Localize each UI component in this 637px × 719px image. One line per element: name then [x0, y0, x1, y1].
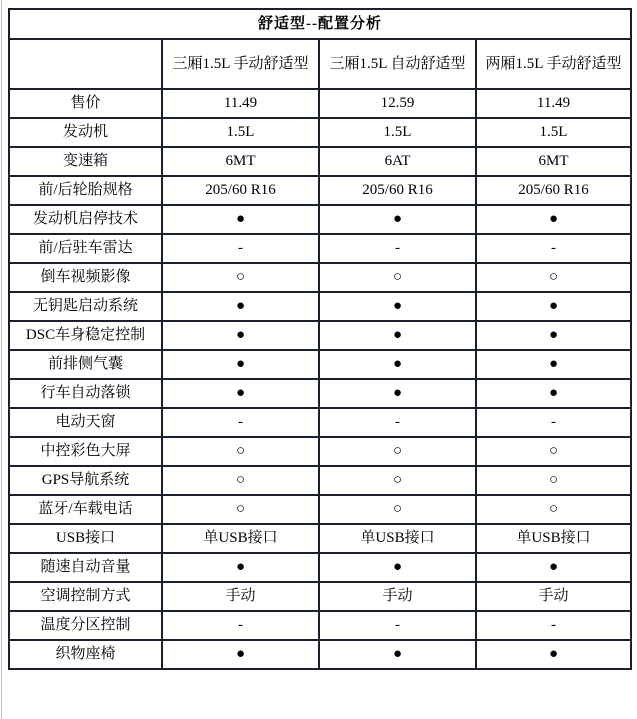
cell-value: ● [476, 640, 631, 669]
cell-value: ● [319, 292, 476, 321]
table-row: 蓝牙/车载电话○○○ [9, 495, 631, 524]
table-row: 前排侧气囊●●● [9, 350, 631, 379]
cell-value: - [476, 234, 631, 263]
cell-value: - [319, 234, 476, 263]
row-label: 织物座椅 [9, 640, 162, 669]
cell-value: 1.5L [162, 118, 319, 147]
cell-value: ○ [476, 437, 631, 466]
table-row: 温度分区控制--- [9, 611, 631, 640]
cell-value: - [162, 408, 319, 437]
cell-value: ○ [162, 263, 319, 292]
row-label: 售价 [9, 89, 162, 118]
cell-value: 205/60 R16 [162, 176, 319, 205]
cell-value: ● [319, 379, 476, 408]
cell-value: 单USB接口 [162, 524, 319, 553]
row-label: 电动天窗 [9, 408, 162, 437]
cell-value: 1.5L [319, 118, 476, 147]
table-row: USB接口单USB接口单USB接口单USB接口 [9, 524, 631, 553]
cell-value: 11.49 [476, 89, 631, 118]
cell-value: 手动 [162, 582, 319, 611]
table-row: 织物座椅●●● [9, 640, 631, 669]
row-label: 发动机启停技术 [9, 205, 162, 234]
row-label: 空调控制方式 [9, 582, 162, 611]
table-row: 无钥匙启动系统●●● [9, 292, 631, 321]
page: 舒适型--配置分析 三厢1.5L 手动舒适型 三厢1.5L 自动舒适型 两厢1.… [8, 8, 632, 670]
row-label: 前/后驻车雷达 [9, 234, 162, 263]
cell-value: ○ [476, 495, 631, 524]
column-header-trim2: 三厢1.5L 自动舒适型 [319, 39, 476, 89]
cell-value: ● [319, 321, 476, 350]
table-row: 行车自动落锁●●● [9, 379, 631, 408]
cell-value: - [162, 611, 319, 640]
cell-value: - [476, 611, 631, 640]
cell-value: - [319, 611, 476, 640]
cell-value: 6MT [476, 147, 631, 176]
table-row: 发动机启停技术●●● [9, 205, 631, 234]
row-label: 前/后轮胎规格 [9, 176, 162, 205]
cell-value: ● [319, 205, 476, 234]
table-row: GPS导航系统○○○ [9, 466, 631, 495]
cell-value: 6AT [319, 147, 476, 176]
cell-value: ● [476, 553, 631, 582]
cell-value: 手动 [319, 582, 476, 611]
cell-value: ● [162, 640, 319, 669]
table-row: 倒车视频影像○○○ [9, 263, 631, 292]
table-row: 随速自动音量●●● [9, 553, 631, 582]
table-row: 变速箱6MT6AT6MT [9, 147, 631, 176]
row-label: GPS导航系统 [9, 466, 162, 495]
table-title-row: 舒适型--配置分析 [9, 9, 631, 39]
row-label: DSC车身稳定控制 [9, 321, 162, 350]
row-label: 行车自动落锁 [9, 379, 162, 408]
cell-value: ● [476, 379, 631, 408]
table-row: 中控彩色大屏○○○ [9, 437, 631, 466]
table-row: 前/后驻车雷达--- [9, 234, 631, 263]
cell-value: ● [476, 292, 631, 321]
table-body: 舒适型--配置分析 三厢1.5L 手动舒适型 三厢1.5L 自动舒适型 两厢1.… [9, 9, 631, 669]
cell-value: ○ [319, 495, 476, 524]
cell-value: 12.59 [319, 89, 476, 118]
cell-value: ○ [319, 437, 476, 466]
cell-value: ● [476, 350, 631, 379]
table-header-row: 三厢1.5L 手动舒适型 三厢1.5L 自动舒适型 两厢1.5L 手动舒适型 [9, 39, 631, 89]
cell-value: ○ [162, 495, 319, 524]
table-title: 舒适型--配置分析 [9, 9, 631, 39]
cell-value: 6MT [162, 147, 319, 176]
table-row: DSC车身稳定控制●●● [9, 321, 631, 350]
row-label: 倒车视频影像 [9, 263, 162, 292]
cell-value: ● [319, 553, 476, 582]
cell-value: ● [162, 350, 319, 379]
row-label: 中控彩色大屏 [9, 437, 162, 466]
row-label: 随速自动音量 [9, 553, 162, 582]
cell-value: ○ [162, 466, 319, 495]
column-header-trim1: 三厢1.5L 手动舒适型 [162, 39, 319, 89]
row-label: 前排侧气囊 [9, 350, 162, 379]
cell-value: ○ [319, 466, 476, 495]
cell-value: ● [162, 292, 319, 321]
table-row: 发动机1.5L1.5L1.5L [9, 118, 631, 147]
cell-value: - [319, 408, 476, 437]
table-row: 售价11.4912.5911.49 [9, 89, 631, 118]
table-row: 前/后轮胎规格205/60 R16205/60 R16205/60 R16 [9, 176, 631, 205]
cell-value: ○ [162, 437, 319, 466]
row-label: USB接口 [9, 524, 162, 553]
cell-value: - [476, 408, 631, 437]
cell-value: - [162, 234, 319, 263]
cell-value: ● [162, 205, 319, 234]
row-label: 发动机 [9, 118, 162, 147]
config-comparison-table: 舒适型--配置分析 三厢1.5L 手动舒适型 三厢1.5L 自动舒适型 两厢1.… [8, 8, 632, 670]
row-label: 无钥匙启动系统 [9, 292, 162, 321]
column-header-trim3: 两厢1.5L 手动舒适型 [476, 39, 631, 89]
cell-value: ● [319, 350, 476, 379]
cell-value: 205/60 R16 [476, 176, 631, 205]
row-label: 温度分区控制 [9, 611, 162, 640]
table-row: 空调控制方式手动手动手动 [9, 582, 631, 611]
row-label: 变速箱 [9, 147, 162, 176]
cell-value: ● [476, 321, 631, 350]
page-left-edge [1, 0, 2, 719]
cell-value: ○ [319, 263, 476, 292]
corner-cell [9, 39, 162, 89]
cell-value: ○ [476, 466, 631, 495]
cell-value: 11.49 [162, 89, 319, 118]
cell-value: 单USB接口 [319, 524, 476, 553]
cell-value: ● [476, 205, 631, 234]
cell-value: ● [162, 379, 319, 408]
cell-value: ● [162, 553, 319, 582]
table-row: 电动天窗--- [9, 408, 631, 437]
cell-value: ● [319, 640, 476, 669]
cell-value: 205/60 R16 [319, 176, 476, 205]
cell-value: ○ [476, 263, 631, 292]
cell-value: 单USB接口 [476, 524, 631, 553]
cell-value: 1.5L [476, 118, 631, 147]
row-label: 蓝牙/车载电话 [9, 495, 162, 524]
cell-value: 手动 [476, 582, 631, 611]
cell-value: ● [162, 321, 319, 350]
